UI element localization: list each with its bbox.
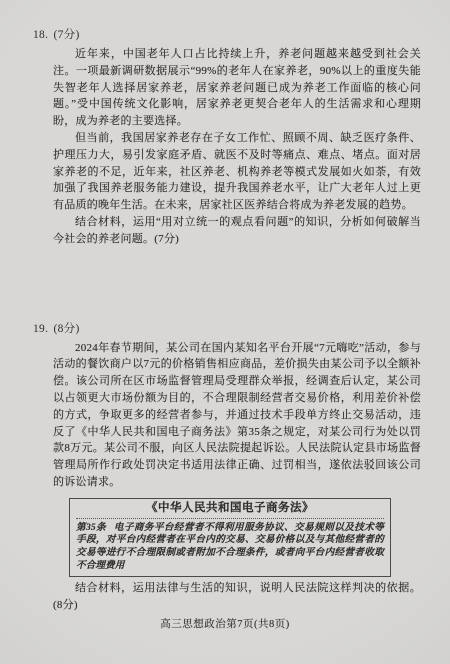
- material-paragraph: 2024年春节期间，某公司在国内某知名平台开展“7元嗨吃”活动，参与活动的餐饮商…: [53, 340, 421, 491]
- question-score: (8分): [53, 323, 79, 335]
- material-paragraph: 但当前，我国居家养老存在子女工作忙、照顾不周、缺乏医疗条件、护理压力大，易引发家…: [53, 130, 421, 214]
- question-number: 18.: [33, 29, 48, 41]
- material-paragraph: 近年来，中国老年人口占比持续上升，养老问题越来越受到社会关注。一项最新调研数据展…: [53, 46, 421, 130]
- question-18: 18. (7分) 近年来，中国老年人口占比持续上升，养老问题越来越受到社会关注。…: [53, 27, 421, 248]
- law-article: 第35条电子商务平台经营者不得利用服务协议、交易规则以及技术等手段，对平台内经营…: [76, 522, 384, 572]
- law-title: 《中华人民共和国电子商务法》: [76, 501, 384, 519]
- question-19: 19. (8分) 2024年春节期间，某公司在国内某知名平台开展“7元嗨吃”活动…: [53, 321, 421, 614]
- question-19-heading: 19. (8分): [33, 321, 421, 337]
- question-number: 19.: [33, 323, 48, 335]
- page-footer: 高三思想政治第7页(共8页): [0, 616, 450, 631]
- question-score: (7分): [53, 29, 79, 41]
- law-excerpt-box: 《中华人民共和国电子商务法》 第35条电子商务平台经营者不得利用服务协议、交易规…: [69, 498, 391, 577]
- task-paragraph: 结合材料，运用“用对立统一的观点看问题”的知识，分析如何破解当今社会的养老问题。…: [53, 214, 421, 248]
- law-article-text: 电子商务平台经营者不得利用服务协议、交易规则以及技术等手段，对平台内经营者在平台…: [76, 522, 384, 571]
- question-18-heading: 18. (7分): [33, 27, 421, 43]
- task-paragraph: 结合材料，运用法律与生活的知识，说明人民法院这样判决的依据。(8分): [53, 580, 421, 614]
- exam-paper-page: 18. (7分) 近年来，中国老年人口占比持续上升，养老问题越来越受到社会关注。…: [0, 0, 450, 664]
- law-article-label: 第35条: [76, 522, 106, 533]
- page-content: 18. (7分) 近年来，中国老年人口占比持续上升，养老问题越来越受到社会关注。…: [53, 27, 421, 614]
